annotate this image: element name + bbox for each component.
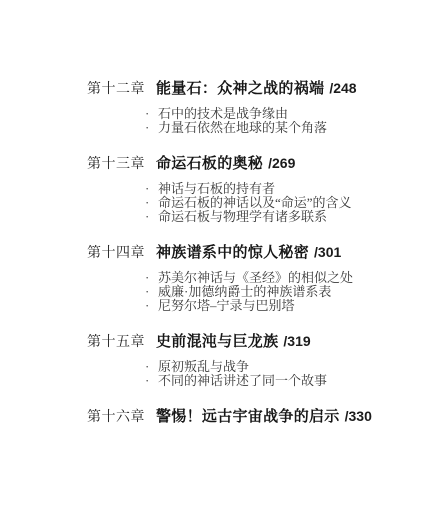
subtopic-item: · 不同的神话讲述了同一个故事 xyxy=(145,374,425,388)
chapter-title: 命运石板的奥秘 xyxy=(156,156,263,172)
chapter-page-number: /269 xyxy=(268,155,295,171)
bullet-icon: · xyxy=(145,299,158,313)
subtopic-text: 苏美尔神话与《圣经》的相似之处 xyxy=(158,271,353,285)
chapter-label: 第十三章 xyxy=(87,157,145,173)
chapter-title: 能量石：众神之战的祸端 xyxy=(156,81,324,97)
chapter-heading: 第十三章命运石板的奥秘/269 xyxy=(87,155,425,173)
subtopic-text: 力量石依然在地球的某个角落 xyxy=(158,121,327,135)
subtopic-text: 石中的技术是战争缘由 xyxy=(158,107,288,121)
chapter-title: 神族谱系中的惊人秘密 xyxy=(156,245,309,261)
toc-chapter: 第十三章命运石板的奥秘/269 · 神话与石板的持有者 · 命运石板的神话以及“… xyxy=(87,155,425,224)
subtopic-item: · 命运石板的神话以及“命运”的含义 xyxy=(145,196,425,210)
chapter-page-number: /301 xyxy=(314,244,341,260)
subtopic-item: · 威廉·加德纳爵士的神族谱系表 xyxy=(145,285,425,299)
subtopic-text: 原初叛乱与战争 xyxy=(158,360,249,374)
bullet-icon: · xyxy=(145,121,158,135)
chapter-subtopics: · 石中的技术是战争缘由 · 力量石依然在地球的某个角落 xyxy=(145,107,425,135)
toc-chapter: 第十二章能量石：众神之战的祸端/248 · 石中的技术是战争缘由 · 力量石依然… xyxy=(87,80,425,135)
subtopic-text: 尼努尔塔–宁录与巴别塔 xyxy=(158,299,295,313)
chapter-page-number: /330 xyxy=(345,408,372,424)
bullet-icon: · xyxy=(145,196,158,210)
chapter-label: 第十四章 xyxy=(87,246,145,262)
table-of-contents: 第十二章能量石：众神之战的祸端/248 · 石中的技术是战争缘由 · 力量石依然… xyxy=(0,0,425,426)
subtopic-item: · 神话与石板的持有者 xyxy=(145,182,425,196)
chapter-page-number: /248 xyxy=(329,80,356,96)
bullet-icon: · xyxy=(145,107,158,121)
chapter-heading: 第十六章警惕！远古宇宙战争的启示/330 xyxy=(87,408,425,426)
chapter-label: 第十二章 xyxy=(87,82,145,98)
subtopic-text: 威廉·加德纳爵士的神族谱系表 xyxy=(158,285,331,299)
chapter-heading: 第十二章能量石：众神之战的祸端/248 xyxy=(87,80,425,98)
subtopic-text: 命运石板与物理学有诸多联系 xyxy=(158,210,327,224)
bullet-icon: · xyxy=(145,360,158,374)
subtopic-text: 神话与石板的持有者 xyxy=(158,182,275,196)
bullet-icon: · xyxy=(145,271,158,285)
bullet-icon: · xyxy=(145,182,158,196)
bullet-icon: · xyxy=(145,210,158,224)
subtopic-item: · 石中的技术是战争缘由 xyxy=(145,107,425,121)
toc-chapter: 第十六章警惕！远古宇宙战争的启示/330 xyxy=(87,408,425,426)
bullet-icon: · xyxy=(145,374,158,388)
chapter-subtopics: · 苏美尔神话与《圣经》的相似之处 · 威廉·加德纳爵士的神族谱系表 · 尼努尔… xyxy=(145,271,425,313)
subtopic-item: · 苏美尔神话与《圣经》的相似之处 xyxy=(145,271,425,285)
chapter-subtopics: · 神话与石板的持有者 · 命运石板的神话以及“命运”的含义 · 命运石板与物理… xyxy=(145,182,425,224)
subtopic-item: · 原初叛乱与战争 xyxy=(145,360,425,374)
subtopic-item: · 命运石板与物理学有诸多联系 xyxy=(145,210,425,224)
toc-chapter: 第十五章史前混沌与巨龙族/319 · 原初叛乱与战争 · 不同的神话讲述了同一个… xyxy=(87,333,425,388)
chapter-label: 第十六章 xyxy=(87,410,145,426)
chapter-subtopics: · 原初叛乱与战争 · 不同的神话讲述了同一个故事 xyxy=(145,360,425,388)
chapter-title: 警惕！远古宇宙战争的启示 xyxy=(156,409,340,425)
toc-chapter: 第十四章神族谱系中的惊人秘密/301 · 苏美尔神话与《圣经》的相似之处 · 威… xyxy=(87,244,425,313)
chapter-label: 第十五章 xyxy=(87,335,145,351)
subtopic-item: · 力量石依然在地球的某个角落 xyxy=(145,121,425,135)
chapter-page-number: /319 xyxy=(283,333,310,349)
chapter-heading: 第十五章史前混沌与巨龙族/319 xyxy=(87,333,425,351)
toc-page: 第十二章能量石：众神之战的祸端/248 · 石中的技术是战争缘由 · 力量石依然… xyxy=(0,0,425,526)
subtopic-text: 命运石板的神话以及“命运”的含义 xyxy=(158,196,352,210)
chapter-heading: 第十四章神族谱系中的惊人秘密/301 xyxy=(87,244,425,262)
subtopic-item: · 尼努尔塔–宁录与巴别塔 xyxy=(145,299,425,313)
bullet-icon: · xyxy=(145,285,158,299)
chapter-title: 史前混沌与巨龙族 xyxy=(156,334,278,350)
subtopic-text: 不同的神话讲述了同一个故事 xyxy=(158,374,327,388)
